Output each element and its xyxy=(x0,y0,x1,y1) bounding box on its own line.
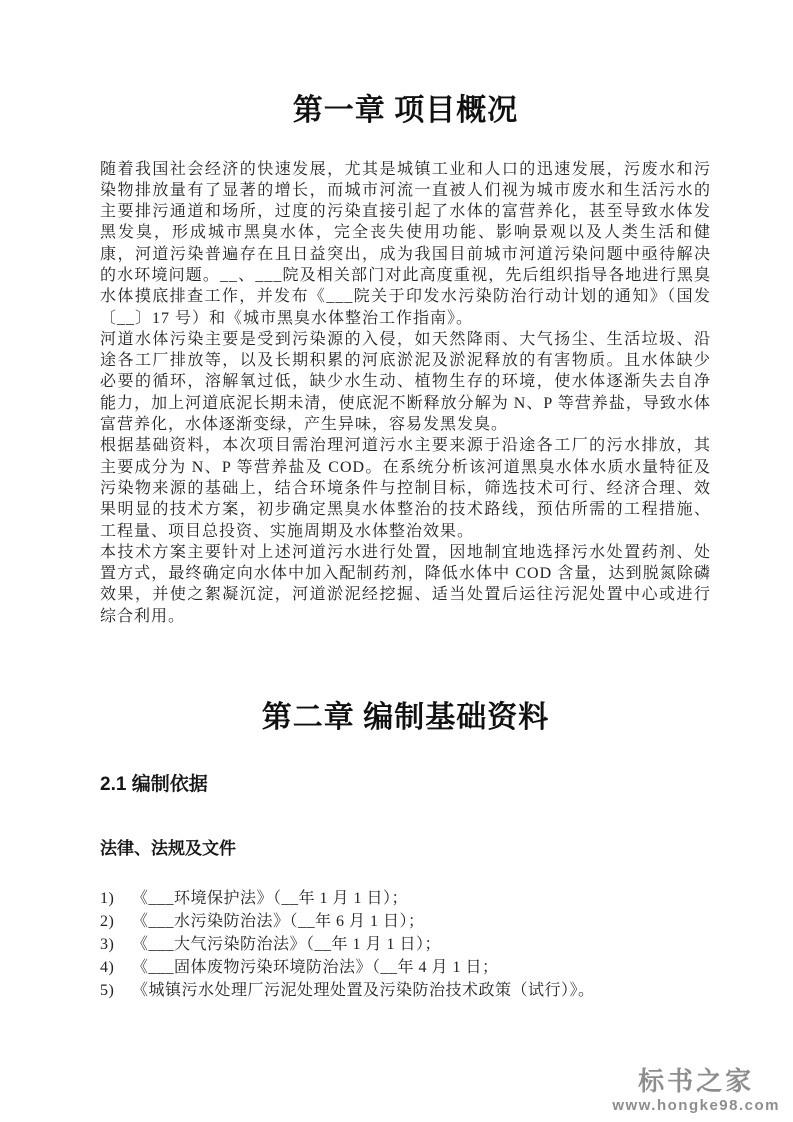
law-item-number: 1) xyxy=(100,887,132,910)
law-item-text: 《___大气污染防治法》（__年 1 月 1 日）； xyxy=(132,936,441,953)
watermark-brand-logo: 标书之家 xyxy=(612,1068,780,1095)
document-page: 第一章 项目概况 随着我国社会经济的快速发展，尤其是城镇工业和人口的迅速发展，污… xyxy=(0,0,793,1122)
law-item-text: 《___环境保护法》（__年 1 月 1 日）； xyxy=(132,890,408,907)
paragraph-2: 河道水体污染主要是受到污染源的入侵，如天然降雨、大气扬尘、生活垃圾、沿途各工厂排… xyxy=(100,329,711,435)
law-item-number: 4) xyxy=(100,956,132,979)
watermark-url: www.hongke98.com xyxy=(612,1097,780,1114)
page-content: 第一章 项目概况 随着我国社会经济的快速发展，尤其是城镇工业和人口的迅速发展，污… xyxy=(0,0,793,1002)
paragraph-4: 本技术方案主要针对上述河道污水进行处置，因地制宜地选择污水处置药剂、处置方式，最… xyxy=(100,542,711,627)
law-item-number: 2) xyxy=(100,910,132,933)
paragraph-1: 随着我国社会经济的快速发展，尤其是城镇工业和人口的迅速发展，污废水和污染物排放量… xyxy=(100,159,711,329)
paragraph-3: 根据基础资料，本次项目需治理河道污水主要来源于沿途各工厂的污水排放，其主要成分为… xyxy=(100,435,711,541)
law-list: 1)《___环境保护法》（__年 1 月 1 日）； 2)《___水污染防治法》… xyxy=(100,887,711,1002)
chapter-1-body: 随着我国社会经济的快速发展，尤其是城镇工业和人口的迅速发展，污废水和污染物排放量… xyxy=(100,159,711,628)
law-item-number: 3) xyxy=(100,933,132,956)
law-item-number: 5) xyxy=(100,979,132,1002)
law-list-item: 1)《___环境保护法》（__年 1 月 1 日）； xyxy=(100,887,711,910)
law-item-text: 《城镇污水处理厂污泥处理处置及污染防治技术政策（试行）》。 xyxy=(132,982,595,999)
laws-subsection-heading: 法律、法规及文件 xyxy=(100,839,711,859)
watermark: 标书之家 www.hongke98.com xyxy=(612,1068,780,1114)
chapter-1-title: 第一章 项目概况 xyxy=(100,94,711,129)
law-item-text: 《___固体废物污染环境防治法》（__年 4 月 1 日； xyxy=(132,959,499,976)
chapter-2-title: 第二章 编制基础资料 xyxy=(100,701,711,736)
law-list-item: 5)《城镇污水处理厂污泥处理处置及污染防治技术政策（试行）》。 xyxy=(100,979,711,1002)
section-2-1-heading: 2.1 编制依据 xyxy=(100,774,711,797)
law-list-item: 3)《___大气污染防治法》（__年 1 月 1 日）； xyxy=(100,933,711,956)
law-list-item: 2)《___水污染防治法》（__年 6 月 1 日）； xyxy=(100,910,711,933)
law-list-item: 4)《___固体废物污染环境防治法》（__年 4 月 1 日； xyxy=(100,956,711,979)
law-item-text: 《___水污染防治法》（__年 6 月 1 日）； xyxy=(132,913,425,930)
